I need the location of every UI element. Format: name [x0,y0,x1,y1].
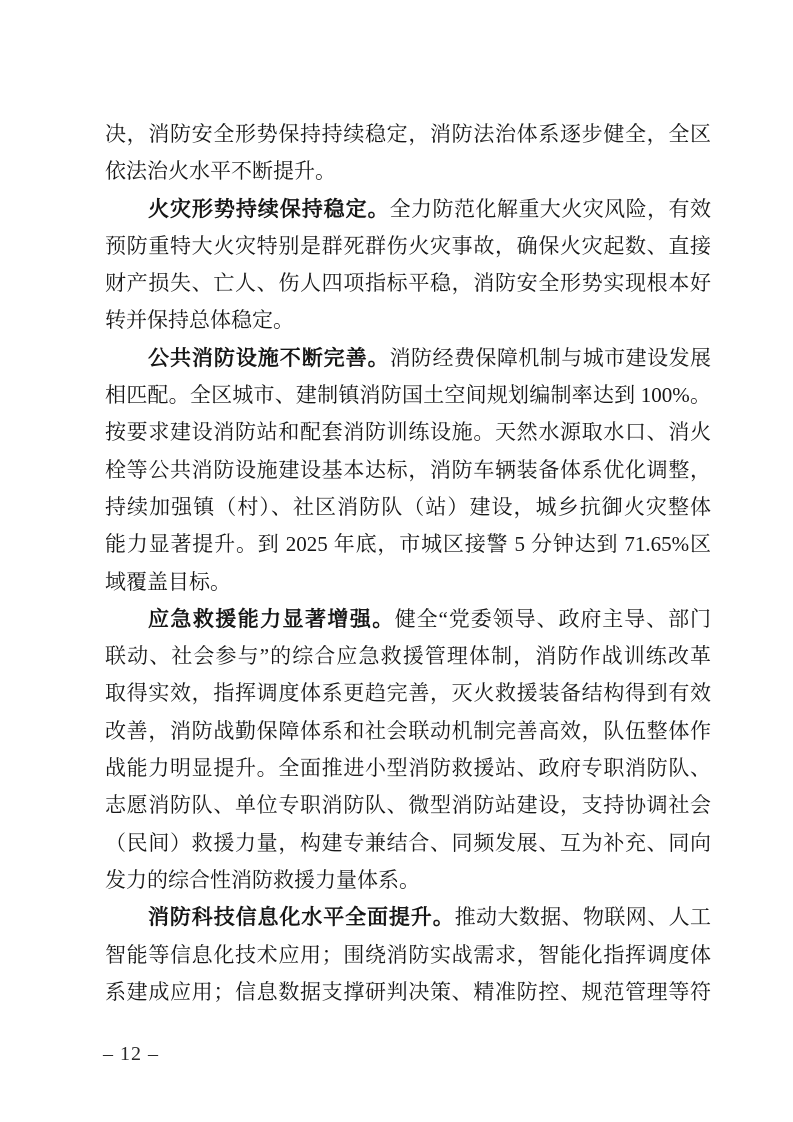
paragraph-lead-bold: 消防科技信息化水平全面提升。 [148,905,455,929]
text-line: 财产损失、亡人、伤人四项指标平稳，消防安全形势实现根本好 [105,265,711,302]
text-line: 发力的综合性消防救援力量体系。 [105,862,711,899]
line-text: 财产损失、亡人、伤人四项指标平稳，消防安全形势实现根本好 [105,271,711,295]
text-line: 决，消防安全形势保持持续稳定，消防法治体系逐步健全，全区 [105,116,711,153]
line-text: 健全“党委领导、政府主导、部门 [395,607,711,631]
page-number: – 12 – [103,1041,159,1067]
line-text: 系建成应用；信息数据支撑研判决策、精准防控、规范管理等符 [105,980,711,1004]
text-line: 改善，消防战勤保障体系和社会联动机制完善高效，队伍整体作 [105,713,711,750]
line-text: 相匹配。全区城市、建制镇消防国土空间规划编制率达到 100%。 [105,383,711,407]
text-line: 相匹配。全区城市、建制镇消防国土空间规划编制率达到 100%。 [105,377,711,414]
text-line: 系建成应用；信息数据支撑研判决策、精准防控、规范管理等符 [105,974,711,1011]
line-text: （民间）救援力量，构建专兼结合、同频发展、互为补充、同向 [105,831,711,855]
line-text: 栓等公共消防设施建设基本达标，消防车辆装备体系优化调整， [105,458,711,482]
line-text: 按要求建设消防站和配套消防训练设施。天然水源取水口、消火 [105,420,711,444]
text-line: 取得实效，指挥调度体系更趋完善，灭火救援装备结构得到有效 [105,675,711,712]
text-line: 按要求建设消防站和配套消防训练设施。天然水源取水口、消火 [105,414,711,451]
line-text: 持续加强镇（村）、社区消防队（站）建设，城乡抗御火灾整体 [105,495,711,519]
line-text: 域覆盖目标。 [105,570,231,594]
line-text: 能力显著提升。到 2025 年底，市城区接警 5 分钟达到 71.65%区 [105,532,711,556]
text-line: 联动、社会参与”的综合应急救援管理体制，消防作战训练改革 [105,638,711,675]
line-text: 战能力明显提升。全面推进小型消防救援站、政府专职消防队、 [105,756,711,780]
paragraph-lead-bold: 应急救援能力显著增强。 [148,607,395,631]
line-text: 智能等信息化技术应用；围绕消防实战需求，智能化指挥调度体 [105,943,711,967]
text-line: 栓等公共消防设施建设基本达标，消防车辆装备体系优化调整， [105,452,711,489]
paragraph-lead-bold: 火灾形势持续保持稳定。 [148,197,390,221]
line-text: 预防重特大火灾特别是群死群伤火灾事故，确保火灾起数、直接 [105,234,711,258]
line-text: 消防经费保障机制与城市建设发展 [390,346,711,370]
line-text: 全力防范化解重大火灾风险，有效 [390,197,711,221]
line-text: 依法治火水平不断提升。 [105,159,336,183]
text-line: 消防科技信息化水平全面提升。推动大数据、物联网、人工 [105,899,711,936]
line-text: 联动、社会参与”的综合应急救援管理体制，消防作战训练改革 [105,644,711,668]
document-body: 决，消防安全形势保持持续稳定，消防法治体系逐步健全，全区依法治火水平不断提升。火… [105,116,711,1011]
text-line: 依法治火水平不断提升。 [105,153,711,190]
line-text: 取得实效，指挥调度体系更趋完善，灭火救援装备结构得到有效 [105,681,711,705]
text-line: 域覆盖目标。 [105,564,711,601]
text-line: 能力显著提升。到 2025 年底，市城区接警 5 分钟达到 71.65%区 [105,526,711,563]
line-text: 发力的综合性消防救援力量体系。 [105,868,420,892]
text-line: 公共消防设施不断完善。消防经费保障机制与城市建设发展 [105,340,711,377]
text-line: 火灾形势持续保持稳定。全力防范化解重大火灾风险，有效 [105,191,711,228]
line-text: 志愿消防队、单位专职消防队、微型消防站建设，支持协调社会 [105,793,711,817]
text-line: 转并保持总体稳定。 [105,302,711,339]
text-line: 战能力明显提升。全面推进小型消防救援站、政府专职消防队、 [105,750,711,787]
line-text: 转并保持总体稳定。 [105,308,294,332]
document-page: 决，消防安全形势保持持续稳定，消防法治体系逐步健全，全区依法治火水平不断提升。火… [0,0,793,1122]
line-text: 改善，消防战勤保障体系和社会联动机制完善高效，队伍整体作 [105,719,711,743]
text-line: （民间）救援力量，构建专兼结合、同频发展、互为补充、同向 [105,825,711,862]
line-text: 决，消防安全形势保持持续稳定，消防法治体系逐步健全，全区 [105,122,711,146]
text-line: 智能等信息化技术应用；围绕消防实战需求，智能化指挥调度体 [105,937,711,974]
line-text: 推动大数据、物联网、人工 [455,905,711,929]
paragraph-lead-bold: 公共消防设施不断完善。 [148,346,390,370]
text-line: 应急救援能力显著增强。健全“党委领导、政府主导、部门 [105,601,711,638]
text-line: 预防重特大火灾特别是群死群伤火灾事故，确保火灾起数、直接 [105,228,711,265]
text-line: 志愿消防队、单位专职消防队、微型消防站建设，支持协调社会 [105,787,711,824]
text-line: 持续加强镇（村）、社区消防队（站）建设，城乡抗御火灾整体 [105,489,711,526]
